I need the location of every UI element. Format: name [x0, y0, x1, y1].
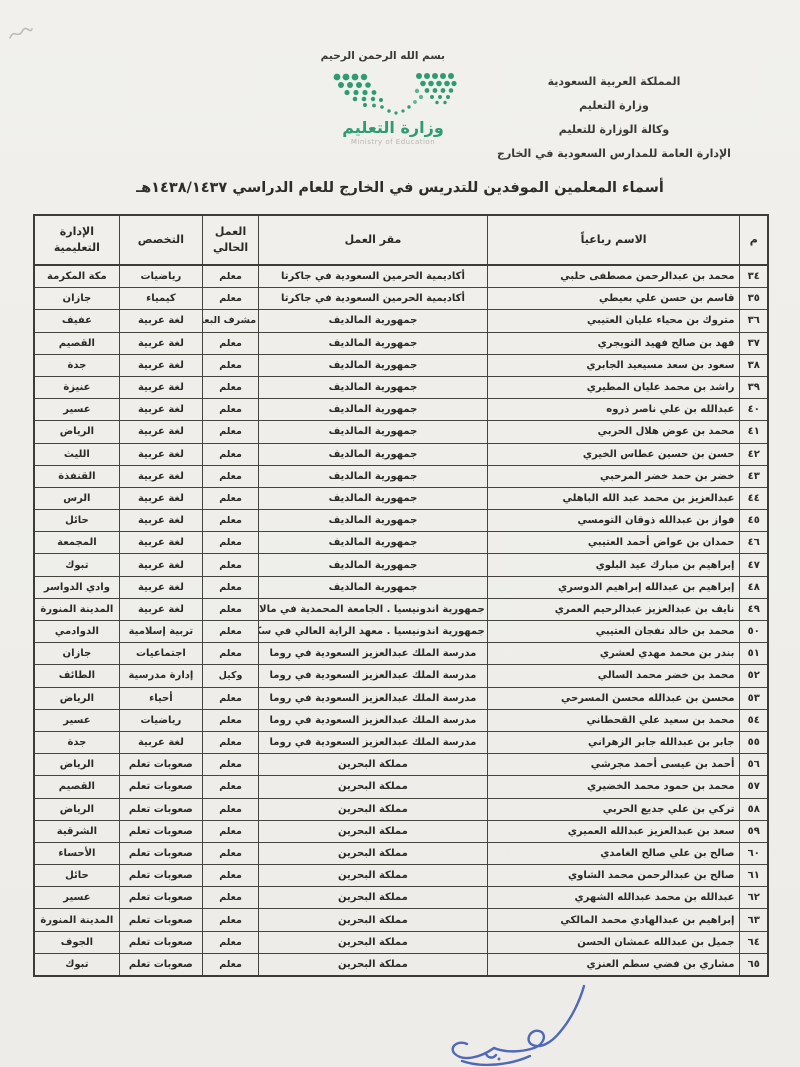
current-job: وكيل — [203, 665, 259, 687]
row-number: ٥٢ — [740, 665, 768, 687]
current-job: معلم — [203, 399, 259, 421]
work-location: مملكة البحرين — [259, 798, 488, 820]
teacher-name: فواز بن عبدالله ذوقان التومسي — [487, 510, 740, 532]
teacher-name: عبدالله بن علي ناصر ذروه — [487, 399, 740, 421]
education-admin: الرس — [34, 487, 119, 509]
specialty: رياضيات — [119, 709, 202, 731]
education-admin: الأحساء — [34, 842, 119, 864]
current-job: معلم — [203, 576, 259, 598]
current-job: معلم — [203, 598, 259, 620]
table-row: ٣٥قاسم بن حسن علي بعيطيأكاديمية الحرمين … — [34, 288, 768, 310]
education-admin: القصيم — [34, 776, 119, 798]
table-row: ٥٠محمد بن خالد نفجان العتيبيجمهورية اندو… — [34, 621, 768, 643]
row-number: ٥٣ — [740, 687, 768, 709]
work-location: مملكة البحرين — [259, 776, 488, 798]
work-location: جمهورية المالديف — [259, 487, 488, 509]
specialty: تربية إسلامية — [119, 621, 202, 643]
table-row: ٣٩راشد بن محمد عليان المطيريجمهورية الما… — [34, 376, 768, 398]
education-admin: الرياض — [34, 687, 119, 709]
education-admin: عنيزة — [34, 376, 119, 398]
specialty: صعوبات تعلم — [119, 820, 202, 842]
work-location: مملكة البحرين — [259, 865, 488, 887]
teacher-name: إبراهيم بن عبدالله إبراهيم الدوسري — [487, 576, 740, 598]
current-job: معلم — [203, 443, 259, 465]
education-admin: الليث — [34, 443, 119, 465]
education-admin: الرياض — [34, 754, 119, 776]
row-number: ٥٠ — [740, 621, 768, 643]
specialty: لغة عربية — [119, 554, 202, 576]
row-number: ٥٨ — [740, 798, 768, 820]
work-location: مملكة البحرين — [259, 953, 488, 976]
letterhead-line-country: المملكة العربية السعودية — [478, 70, 750, 94]
current-job: معلم — [203, 621, 259, 643]
row-number: ٦١ — [740, 865, 768, 887]
teacher-name: أحمد بن عيسى أحمد مجرشي — [487, 754, 740, 776]
current-job: معلم — [203, 421, 259, 443]
row-number: ٦٠ — [740, 842, 768, 864]
header-current-job: العمل الحالي — [203, 215, 259, 265]
education-admin: تبوك — [34, 554, 119, 576]
table-row: ٥٣محسن بن عبدالله محسن المسرحيمدرسة المل… — [34, 687, 768, 709]
education-admin: الدوادمي — [34, 621, 119, 643]
teachers-table-body: ٣٤محمد بن عبدالرحمن مصطفى حلبيأكاديمية ا… — [34, 265, 768, 976]
teacher-name: إبراهيم بن مبارك عيد البلوي — [487, 554, 740, 576]
education-admin: جازان — [34, 643, 119, 665]
row-number: ٥٦ — [740, 754, 768, 776]
education-admin: الطائف — [34, 665, 119, 687]
work-location: جمهورية المالديف — [259, 443, 488, 465]
current-job: معلم — [203, 465, 259, 487]
work-location: جمهورية المالديف — [259, 310, 488, 332]
work-location: جمهورية المالديف — [259, 465, 488, 487]
work-location: مملكة البحرين — [259, 931, 488, 953]
current-job: معلم — [203, 798, 259, 820]
specialty: كيمياء — [119, 288, 202, 310]
header-full-name: الاسم رباعياً — [487, 215, 740, 265]
table-row: ٥١بندر بن محمد مهدي لعشريمدرسة الملك عبد… — [34, 643, 768, 665]
table-header-row: م الاسم رباعياً مقر العمل العمل الحالي ا… — [34, 215, 768, 265]
table-row: ٣٤محمد بن عبدالرحمن مصطفى حلبيأكاديمية ا… — [34, 265, 768, 288]
teacher-name: جميل بن عبدالله عمشان الحسن — [487, 931, 740, 953]
teacher-name: حسن بن حسين عطاس الخيري — [487, 443, 740, 465]
table-row: ٦٣إبراهيم بن عبدالهادي محمد المالكيمملكة… — [34, 909, 768, 931]
teacher-name: سعود بن سعد مسيعيد الجابري — [487, 354, 740, 376]
work-location: جمهورية المالديف — [259, 510, 488, 532]
work-location: مدرسة الملك عبدالعزيز السعودية في روما — [259, 643, 488, 665]
table-row: ٦٥مشاري بن فضي سطم العنزيمملكة البحرينمع… — [34, 953, 768, 976]
education-admin: المدينة المنورة — [34, 598, 119, 620]
row-number: ٥٥ — [740, 731, 768, 753]
row-number: ٥٩ — [740, 820, 768, 842]
current-job: معلم — [203, 931, 259, 953]
work-location: مدرسة الملك عبدالعزيز السعودية في روما — [259, 665, 488, 687]
header-specialty: التخصص — [119, 215, 202, 265]
education-admin: عسير — [34, 399, 119, 421]
teacher-name: بندر بن محمد مهدي لعشري — [487, 643, 740, 665]
education-admin: القنفذة — [34, 465, 119, 487]
specialty: لغة عربية — [119, 332, 202, 354]
work-location: جمهورية اندونيسيا . معهد الراية العالي ف… — [259, 621, 488, 643]
row-number: ٣٤ — [740, 265, 768, 288]
specialty: صعوبات تعلم — [119, 842, 202, 864]
current-job: معلم — [203, 865, 259, 887]
letterhead-line-ministry: وزارة التعليم — [478, 94, 750, 118]
specialty: اجتماعيات — [119, 643, 202, 665]
current-job: معلم — [203, 643, 259, 665]
specialty: لغة عربية — [119, 376, 202, 398]
table-row: ٦٢عبدالله بن محمد عبدالله الشهريمملكة ال… — [34, 887, 768, 909]
teacher-name: متروك بن محياء عليان العتيبي — [487, 310, 740, 332]
current-job: معلم — [203, 288, 259, 310]
table-row: ٤٢حسن بن حسين عطاس الخيريجمهورية المالدي… — [34, 443, 768, 465]
teacher-name: محمد بن حمود محمد الخضيري — [487, 776, 740, 798]
teacher-name: عبدالعزيز بن محمد عبد الله الباهلي — [487, 487, 740, 509]
current-job: معلم — [203, 776, 259, 798]
specialty: صعوبات تعلم — [119, 754, 202, 776]
bismillah-text: بسم الله الرحمن الرحيم — [330, 50, 445, 62]
specialty: لغة عربية — [119, 354, 202, 376]
row-number: ٦٢ — [740, 887, 768, 909]
row-number: ٤٤ — [740, 487, 768, 509]
table-row: ٣٦متروك بن محياء عليان العتيبيجمهورية ال… — [34, 310, 768, 332]
header-work-location: مقر العمل — [259, 215, 488, 265]
education-admin: عفيف — [34, 310, 119, 332]
teacher-name: صالح بن علي صالح الغامدي — [487, 842, 740, 864]
specialty: لغة عربية — [119, 443, 202, 465]
row-number: ٤١ — [740, 421, 768, 443]
table-row: ٣٧فهد بن صالح فهيد التويجريجمهورية المال… — [34, 332, 768, 354]
scan-corner-mark — [8, 24, 34, 44]
header-number: م — [740, 215, 768, 265]
teacher-name: جابر بن عبدالله جابر الزهراني — [487, 731, 740, 753]
work-location: مملكة البحرين — [259, 842, 488, 864]
education-admin: جدة — [34, 731, 119, 753]
specialty: لغة عربية — [119, 421, 202, 443]
work-location: مدرسة الملك عبدالعزيز السعودية في روما — [259, 687, 488, 709]
table-row: ٦١صالح بن عبدالرحمن محمد الشاويمملكة الب… — [34, 865, 768, 887]
current-job: معلم — [203, 487, 259, 509]
row-number: ٤٥ — [740, 510, 768, 532]
teacher-name: محمد بن خضر محمد السالي — [487, 665, 740, 687]
work-location: جمهورية المالديف — [259, 376, 488, 398]
work-location: جمهورية المالديف — [259, 532, 488, 554]
current-job: معلم — [203, 510, 259, 532]
education-admin: حائل — [34, 865, 119, 887]
work-location: جمهورية المالديف — [259, 332, 488, 354]
table-row: ٤٦حمدان بن عواض أحمد العتيبيجمهورية الما… — [34, 532, 768, 554]
current-job: معلم — [203, 731, 259, 753]
teacher-name: تركي بن علي جديع الحربي — [487, 798, 740, 820]
current-job: معلم — [203, 354, 259, 376]
work-location: مدرسة الملك عبدالعزيز السعودية في روما — [259, 709, 488, 731]
teacher-name: نايف بن عبدالعزيز عبدالرحيم العمري — [487, 598, 740, 620]
teacher-name: فهد بن صالح فهيد التويجري — [487, 332, 740, 354]
table-row: ٤٧إبراهيم بن مبارك عيد البلويجمهورية الم… — [34, 554, 768, 576]
education-admin: تبوك — [34, 953, 119, 976]
signature — [428, 982, 608, 1066]
row-number: ٤٦ — [740, 532, 768, 554]
row-number: ٤٠ — [740, 399, 768, 421]
specialty: لغة عربية — [119, 598, 202, 620]
specialty: لغة عربية — [119, 399, 202, 421]
specialty: لغة عربية — [119, 510, 202, 532]
teacher-name: سعد بن عبدالعزيز عبدالله العميري — [487, 820, 740, 842]
specialty: صعوبات تعلم — [119, 776, 202, 798]
education-admin: القصيم — [34, 332, 119, 354]
current-job: معلم — [203, 953, 259, 976]
work-location: أكاديمية الحرمين السعودية في جاكرتا — [259, 265, 488, 288]
table-row: ٤٠عبدالله بن علي ناصر ذروهجمهورية المالد… — [34, 399, 768, 421]
current-job: معلم — [203, 842, 259, 864]
row-number: ٤٩ — [740, 598, 768, 620]
table-row: ٦٠صالح بن علي صالح الغامديمملكة البحرينم… — [34, 842, 768, 864]
row-number: ٦٤ — [740, 931, 768, 953]
work-location: مملكة البحرين — [259, 820, 488, 842]
work-location: مملكة البحرين — [259, 909, 488, 931]
row-number: ٥٤ — [740, 709, 768, 731]
row-number: ٣٩ — [740, 376, 768, 398]
letterhead: المملكة العربية السعودية وزارة التعليم و… — [478, 70, 750, 166]
table-row: ٥٩سعد بن عبدالعزيز عبدالله العميريمملكة … — [34, 820, 768, 842]
education-admin: الرياض — [34, 798, 119, 820]
education-admin: حائل — [34, 510, 119, 532]
education-admin: عسير — [34, 887, 119, 909]
work-location: جمهورية المالديف — [259, 576, 488, 598]
current-job: معلم — [203, 754, 259, 776]
work-location: جمهورية المالديف — [259, 354, 488, 376]
work-location: جمهورية المالديف — [259, 554, 488, 576]
teacher-name: محمد بن عوض هلال الحربي — [487, 421, 740, 443]
teacher-name: قاسم بن حسن علي بعيطي — [487, 288, 740, 310]
table-row: ٥٢محمد بن خضر محمد الساليمدرسة الملك عبد… — [34, 665, 768, 687]
row-number: ٦٥ — [740, 953, 768, 976]
row-number: ٣٦ — [740, 310, 768, 332]
specialty: لغة عربية — [119, 731, 202, 753]
education-admin: المجمعة — [34, 532, 119, 554]
table-row: ٤٤عبدالعزيز بن محمد عبد الله الباهليجمهو… — [34, 487, 768, 509]
specialty: إدارة مدرسية — [119, 665, 202, 687]
current-job: معلم — [203, 554, 259, 576]
teacher-name: خضر بن حمد خضر المرحبي — [487, 465, 740, 487]
document-title: أسماء المعلمين الموفدين للتدريس في الخار… — [90, 180, 710, 196]
current-job: معلم — [203, 532, 259, 554]
table-row: ٥٨تركي بن علي جديع الحربيمملكة البحرينمع… — [34, 798, 768, 820]
table-row: ٣٨سعود بن سعد مسيعيد الجابريجمهورية الما… — [34, 354, 768, 376]
education-admin: جدة — [34, 354, 119, 376]
education-admin: الجوف — [34, 931, 119, 953]
table-row: ٥٦أحمد بن عيسى أحمد مجرشيمملكة البحرينمع… — [34, 754, 768, 776]
table-row: ٥٧محمد بن حمود محمد الخضيريمملكة البحرين… — [34, 776, 768, 798]
table-row: ٤١محمد بن عوض هلال الحربيجمهورية المالدي… — [34, 421, 768, 443]
table-row: ٥٤محمد بن سعيد علي القحطانيمدرسة الملك ع… — [34, 709, 768, 731]
specialty: صعوبات تعلم — [119, 798, 202, 820]
current-job: معلم — [203, 820, 259, 842]
table-row: ٤٨إبراهيم بن عبدالله إبراهيم الدوسريجمهو… — [34, 576, 768, 598]
specialty: لغة عربية — [119, 576, 202, 598]
work-location: مملكة البحرين — [259, 754, 488, 776]
specialty: صعوبات تعلم — [119, 887, 202, 909]
table-row: ٦٤جميل بن عبدالله عمشان الحسنمملكة البحر… — [34, 931, 768, 953]
row-number: ٣٨ — [740, 354, 768, 376]
row-number: ٤٨ — [740, 576, 768, 598]
teacher-name: محمد بن عبدالرحمن مصطفى حلبي — [487, 265, 740, 288]
education-admin: وادي الدواسر — [34, 576, 119, 598]
specialty: صعوبات تعلم — [119, 865, 202, 887]
specialty: صعوبات تعلم — [119, 909, 202, 931]
work-location: أكاديمية الحرمين السعودية في جاكرتا — [259, 288, 488, 310]
specialty: لغة عربية — [119, 310, 202, 332]
teacher-name: حمدان بن عواض أحمد العتيبي — [487, 532, 740, 554]
row-number: ٤٣ — [740, 465, 768, 487]
specialty: لغة عربية — [119, 487, 202, 509]
specialty: صعوبات تعلم — [119, 931, 202, 953]
specialty: رياضيات — [119, 265, 202, 288]
teachers-table: م الاسم رباعياً مقر العمل العمل الحالي ا… — [33, 214, 769, 977]
current-job: معلم — [203, 376, 259, 398]
teacher-name: عبدالله بن محمد عبدالله الشهري — [487, 887, 740, 909]
education-admin: الرياض — [34, 421, 119, 443]
work-location: مملكة البحرين — [259, 887, 488, 909]
row-number: ٣٧ — [740, 332, 768, 354]
teacher-name: محسن بن عبدالله محسن المسرحي — [487, 687, 740, 709]
current-job: معلم — [203, 687, 259, 709]
specialty: أحياء — [119, 687, 202, 709]
work-location: مدرسة الملك عبدالعزيز السعودية في روما — [259, 731, 488, 753]
row-number: ٤٧ — [740, 554, 768, 576]
document-page: بسم الله الرحمن الرحيم وزارة — [0, 0, 800, 1067]
current-job: معلم — [203, 909, 259, 931]
specialty: صعوبات تعلم — [119, 953, 202, 976]
specialty: لغة عربية — [119, 532, 202, 554]
current-job: معلم — [203, 265, 259, 288]
teacher-name: مشاري بن فضي سطم العنزي — [487, 953, 740, 976]
ministry-logo-dots-icon — [327, 68, 459, 116]
teacher-name: راشد بن محمد عليان المطيري — [487, 376, 740, 398]
teacher-name: صالح بن عبدالرحمن محمد الشاوي — [487, 865, 740, 887]
teacher-name: محمد بن سعيد علي القحطاني — [487, 709, 740, 731]
current-job: مشرف البعثة — [203, 310, 259, 332]
letterhead-line-agency: وكالة الوزارة للتعليم — [478, 118, 750, 142]
row-number: ٥١ — [740, 643, 768, 665]
education-admin: مكة المكرمة — [34, 265, 119, 288]
education-admin: الشرقية — [34, 820, 119, 842]
ministry-logo: وزارة التعليم Ministry of Education — [318, 68, 468, 146]
teacher-name: إبراهيم بن عبدالهادي محمد المالكي — [487, 909, 740, 931]
current-job: معلم — [203, 332, 259, 354]
table-row: ٤٩نايف بن عبدالعزيز عبدالرحيم العمريجمهو… — [34, 598, 768, 620]
education-admin: عسير — [34, 709, 119, 731]
table-row: ٤٥فواز بن عبدالله ذوقان التومسيجمهورية ا… — [34, 510, 768, 532]
ministry-logo-subtitle: Ministry of Education — [318, 138, 468, 146]
row-number: ٥٧ — [740, 776, 768, 798]
row-number: ٤٢ — [740, 443, 768, 465]
work-location: جمهورية اندونيسيا . الجامعة المحمدية في … — [259, 598, 488, 620]
education-admin: جازان — [34, 288, 119, 310]
current-job: معلم — [203, 709, 259, 731]
ministry-logo-wordmark: وزارة التعليم — [318, 118, 468, 137]
specialty: لغة عربية — [119, 465, 202, 487]
work-location: جمهورية المالديف — [259, 421, 488, 443]
row-number: ٣٥ — [740, 288, 768, 310]
table-row: ٤٣خضر بن حمد خضر المرحبيجمهورية المالديف… — [34, 465, 768, 487]
row-number: ٦٣ — [740, 909, 768, 931]
work-location: جمهورية المالديف — [259, 399, 488, 421]
current-job: معلم — [203, 887, 259, 909]
header-education-admin: الإدارة التعليمية — [34, 215, 119, 265]
teacher-name: محمد بن خالد نفجان العتيبي — [487, 621, 740, 643]
education-admin: المدينة المنورة — [34, 909, 119, 931]
table-row: ٥٥جابر بن عبدالله جابر الزهرانيمدرسة الم… — [34, 731, 768, 753]
letterhead-line-department: الإدارة العامة للمدارس السعودية في الخار… — [478, 142, 750, 166]
